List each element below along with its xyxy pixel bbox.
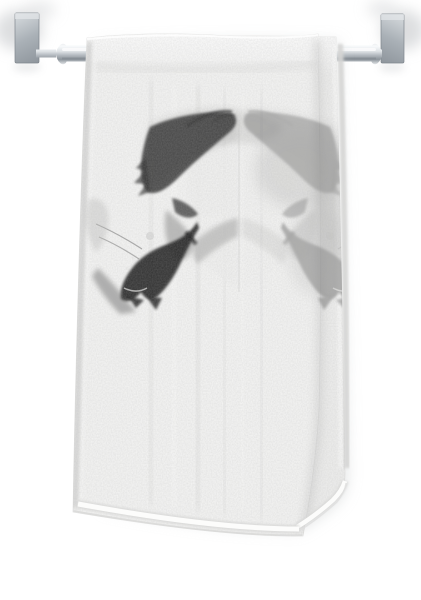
bar-left-connector: [36, 50, 56, 58]
towel-terry-texture: [66, 30, 352, 542]
towel-on-rack-image: [0, 0, 421, 600]
left-mount-highlight: [15, 13, 39, 19]
right-mount-plate: [381, 14, 404, 63]
left-mount-plate: [15, 13, 39, 63]
right-mount-highlight: [381, 14, 404, 20]
towel-product-photo: [0, 0, 421, 600]
